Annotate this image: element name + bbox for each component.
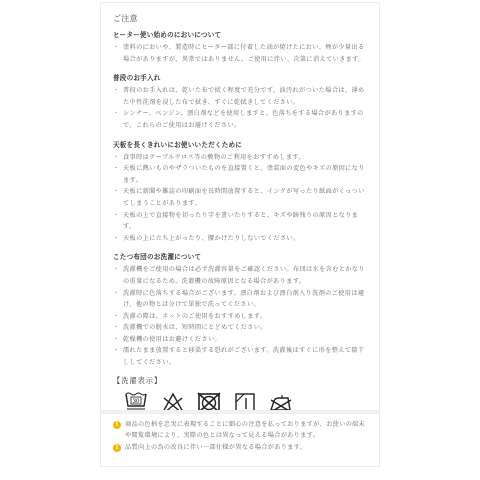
list-item: 塗料のにおいや、製造時にヒーター部に付着した油が焼けたにおい、煙が少量出る場合が… — [113, 42, 369, 65]
alert-icon: ! — [113, 444, 121, 452]
section-heading-tabletop: 天板を長くきれいにお使いいただくために — [113, 139, 369, 149]
section-heading-heater-smell: ヒーター使い始めのにおいについて — [113, 29, 369, 39]
list-item: 洗濯の際は、ネットのご使用をおすすめします。 — [113, 311, 369, 323]
list-item: 天板の上に立ち上がったり、腰かけたりしないでください。 — [113, 233, 369, 245]
section-heading-futon-wash: こたつ布団のお洗濯について — [113, 251, 369, 261]
wash-label-heading: 【洗濯表示】 — [113, 376, 369, 386]
list-item: 洗濯時に色落ちする場合がございます。漂白剤および漂白剤入り洗剤のご使用は避け、他… — [113, 288, 369, 311]
list-item: 天板の上で直接物を切ったり字を書いたりすると、キズや跡残りの原因となります。 — [113, 210, 369, 233]
list-item: 洗濯機での脱水は、短時間にとどめてください。 — [113, 322, 369, 334]
bullet-list-daily-care: 普段のお手入れは、乾いた布で拭く程度で充分です。油汚れがついた場合は、薄めた中性… — [113, 85, 369, 131]
list-item: 食事時はテーブルクロス等の敷物のご利用をおすすめします。 — [113, 152, 369, 164]
svg-text:30: 30 — [133, 399, 140, 405]
list-item: 濡れたまま放置すると移染する恐れがございます。洗濯後はすぐに形を整えて陰干しして… — [113, 345, 369, 368]
list-item: シンナー、ベンジン、漂白剤などを使用しますと、色落ちをする場合がありますので、こ… — [113, 108, 369, 131]
list-item: 天板に熱いものやザラついたものを直接置くと、塗装面の変色やキズの原因になります。 — [113, 163, 369, 186]
list-item: 天板に新聞や雑誌の印刷面を長時間放置すると、インクが写ったり紙面がくっついてしま… — [113, 186, 369, 209]
list-item: 普段のお手入れは、乾いた布で拭く程度で充分です。油汚れがついた場合は、薄めた中性… — [113, 85, 369, 108]
bullet-list-heater-smell: 塗料のにおいや、製造時にヒーター部に付着した油が焼けたにおい、煙が少量出る場合が… — [113, 42, 369, 65]
care-instructions-card: ご注意 ヒーター使い始めのにおいについて 塗料のにおいや、製造時にヒーター部に付… — [100, 2, 380, 467]
bullet-list-futon-wash: 洗濯機をご使用の場合は必ず洗濯容量をご確認ください。布団は水を含むとかなりの重量… — [113, 264, 369, 368]
notes: ! 商品の色柄を忠実に表現することに細心の注意を払っておりますが、お使いの端末や… — [113, 419, 371, 453]
note-text: 商品の色柄を忠実に表現することに細心の注意を払っておりますが、お使いの端末や閲覧… — [125, 421, 365, 439]
section-heading-daily-care: 普段のお手入れ — [113, 72, 369, 82]
divider — [101, 410, 379, 414]
alert-icon: ! — [113, 421, 121, 429]
list-item: 乾燥機の使用はお避けください。 — [113, 334, 369, 346]
bullet-list-tabletop: 食事時はテーブルクロス等の敷物のご利用をおすすめします。 天板に熱いものやザラつ… — [113, 152, 369, 245]
note-text: 品質向上の為の改良に伴い一部仕様が異なる場合があります。 — [125, 444, 306, 451]
list-item: 洗濯機をご使用の場合は必ず洗濯容量をご確認ください。布団は水を含むとかなりの重量… — [113, 264, 369, 287]
care-content: ご注意 ヒーター使い始めのにおいについて 塗料のにおいや、製造時にヒーター部に付… — [113, 13, 369, 415]
page-title: ご注意 — [113, 13, 369, 24]
note-item: ! 商品の色柄を忠実に表現することに細心の注意を払っておりますが、お使いの端末や… — [113, 419, 371, 442]
note-item: ! 品質向上の為の改良に伴い一部仕様が異なる場合があります。 — [113, 442, 371, 453]
